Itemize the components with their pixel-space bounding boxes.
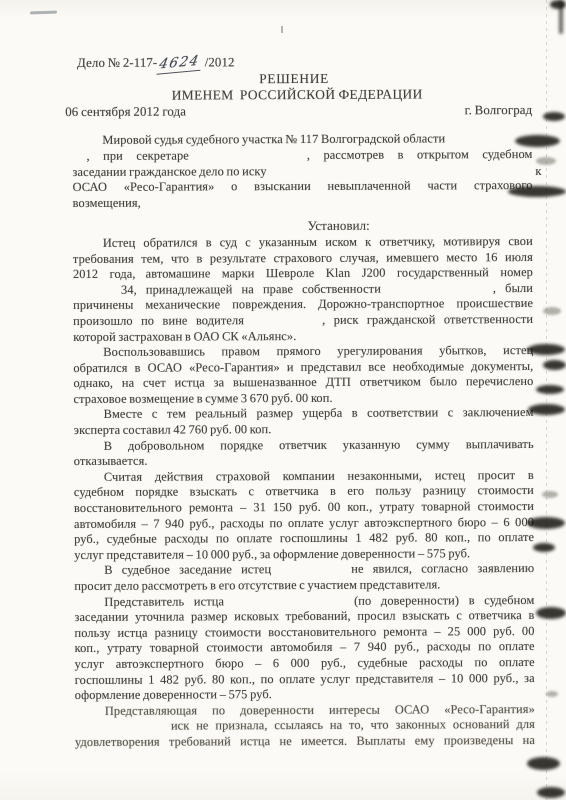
redacted-gap bbox=[224, 602, 354, 605]
ink-smudge bbox=[527, 517, 565, 529]
ink-smudge bbox=[515, 135, 560, 147]
ink-smudge bbox=[550, 0, 566, 9]
text-line: руб., судебные расходы по оплате госпошл… bbox=[74, 530, 534, 548]
ink-smudge bbox=[543, 112, 565, 121]
date-city-line: 06 сентября 2012 года г. Волгоград bbox=[65, 103, 532, 121]
text-line: ОСАО «Ресо-Гарантия» о взыскании невыпла… bbox=[73, 178, 533, 196]
text-line: В добровольном порядке ответчик указанну… bbox=[74, 437, 534, 455]
ink-smudge bbox=[533, 543, 555, 552]
ink-smudge bbox=[536, 157, 556, 165]
pen-mark bbox=[30, 11, 57, 14]
decision-title: РЕШЕНИЕ bbox=[64, 70, 524, 88]
text-line: В судебное заседание истецне явился, сог… bbox=[74, 561, 534, 579]
redacted-gap bbox=[381, 290, 493, 292]
case-number-prefix: Дело № 2-117- bbox=[77, 56, 157, 70]
decision-date: 06 сентября 2012 года bbox=[65, 104, 186, 120]
text-line: Истец обратился в суд с указанным иском … bbox=[73, 234, 533, 252]
text-line: госпошлины 1 482 руб. 80 коп., по оплате… bbox=[75, 671, 535, 689]
text-line: заседании уточнила размер исковых требов… bbox=[74, 608, 534, 626]
ink-smudge bbox=[543, 307, 561, 315]
text-line: Воспользовавшись правом прямого урегулир… bbox=[73, 343, 533, 361]
ink-smudge bbox=[559, 0, 563, 34]
text-line: однако, на счет истца за вышеназванное Д… bbox=[73, 374, 533, 392]
ink-smudge bbox=[536, 607, 566, 619]
ink-smudge bbox=[537, 787, 565, 798]
text-line: восстановительного ремонта – 31 150 руб.… bbox=[74, 499, 534, 517]
court-decision-document: Дело № 2-117-4624/2012 РЕШЕНИЕ ИМЕНЕМ РО… bbox=[72, 54, 535, 751]
ink-smudge bbox=[546, 691, 558, 697]
redacted-gap bbox=[72, 158, 86, 160]
redacted-gap bbox=[73, 292, 121, 294]
text-line: заседании гражданское дело по искук bbox=[72, 163, 532, 181]
case-number-suffix: /2012 bbox=[205, 55, 235, 69]
redacted-gap bbox=[244, 322, 322, 324]
decision-city: г. Волгоград bbox=[465, 103, 533, 119]
scan-speck bbox=[281, 26, 283, 33]
redacted-gap bbox=[189, 157, 307, 160]
redacted-gap bbox=[271, 571, 351, 573]
scanned-page: Дело № 2-117-4624/2012 РЕШЕНИЕ ИМЕНЕМ РО… bbox=[0, 0, 566, 800]
text-line: удовлетворения требований истца не имеет… bbox=[75, 733, 535, 751]
redacted-gap bbox=[75, 728, 171, 730]
document-lines: Мировой судья судебного участка № 117 Во… bbox=[72, 131, 535, 750]
text-line: причинены механические повреждения. Доро… bbox=[73, 296, 533, 314]
decision-subtitle: ИМЕНЕМ РОССИЙСКОЙ ФЕДЕРАЦИИ bbox=[67, 86, 527, 104]
ink-smudge bbox=[528, 404, 565, 415]
text-line: услуг автоэкспертного бюро – 6 000 руб.,… bbox=[75, 655, 535, 673]
redacted-gap bbox=[136, 276, 146, 278]
text-line: возмещения, bbox=[73, 194, 533, 212]
ink-smudge bbox=[527, 757, 560, 770]
ink-smudge bbox=[542, 491, 558, 498]
ink-smudge bbox=[543, 360, 566, 370]
ink-smudge bbox=[508, 186, 566, 197]
text-line: 2012 года,автомашине марки Шевроле Klan … bbox=[73, 265, 533, 283]
margin-char: к bbox=[535, 164, 541, 180]
text-line: Вместе с тем реальный размер ущерба в со… bbox=[74, 405, 534, 423]
ink-smudge bbox=[536, 385, 564, 394]
text-line: произошло по вине водителя, риск граждан… bbox=[73, 312, 533, 330]
ink-smudge bbox=[527, 344, 565, 355]
